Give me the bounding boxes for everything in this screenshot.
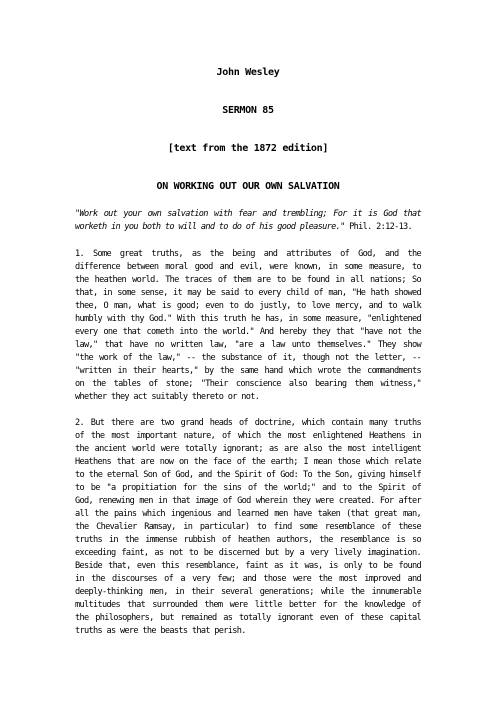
text-line: the ancient world were totally ignorant;… [75, 443, 421, 456]
epigraph-line-2: worketh in you both to will and to do of… [75, 221, 421, 234]
text-line: law," that have no written law, "are a l… [75, 339, 421, 352]
sermon-number-heading: SERMON 85 [75, 104, 421, 117]
text-line: whether they act suitably thereto or not… [75, 391, 421, 404]
text-line: of the most important nature, of which t… [75, 430, 421, 443]
text-line: to the eternal Son of God, and the Spiri… [75, 469, 421, 482]
text-line: deeply-thinking men, in their several ge… [75, 586, 421, 599]
text-line: "the work of the law," -- the substance … [75, 352, 421, 365]
text-line: truths in the immense rubbish of heathen… [75, 534, 421, 547]
text-line: that, in some sense, it may be said to e… [75, 287, 421, 300]
document-page: John Wesley SERMON 85 [text from the 187… [0, 0, 496, 702]
text-line: truths as were the beasts that perish. [75, 625, 421, 638]
text-line: the philosophers, but remained as totall… [75, 612, 421, 625]
scripture-reference: Phil. 2:12-13. [345, 222, 412, 232]
text-line: multitudes that surrounded them were lit… [75, 599, 421, 612]
text-line: Beside that, even this resemblance, fain… [75, 560, 421, 573]
text-line: in the discourses of a very few; and tho… [75, 573, 421, 586]
text-line: the heathen world. The traces of them ar… [75, 274, 421, 287]
text-line: Heathens that are now on the face of the… [75, 456, 421, 469]
text-line: thee, O man, what is good; even to do ju… [75, 300, 421, 313]
text-line: 2. But there are two grand heads of doct… [75, 417, 421, 430]
epigraph-line-1: "Work out your own salvation with fear a… [75, 208, 421, 221]
text-line: the Chevalier Ramsay, in particular) to … [75, 521, 421, 534]
text-line: humbly with thy God." With this truth he… [75, 313, 421, 326]
text-line: all the pains which ingenious and learne… [75, 508, 421, 521]
text-line: exceeding faint, as not to be discerned … [75, 547, 421, 560]
scripture-epigraph: "Work out your own salvation with fear a… [75, 208, 421, 234]
text-line: difference between moral good and evil, … [75, 261, 421, 274]
sermon-paragraph-1: 1. Some great truths, as the being and a… [75, 248, 421, 404]
text-line: every one that cometh into the world." A… [75, 326, 421, 339]
sermon-paragraph-2: 2. But there are two grand heads of doct… [75, 417, 421, 638]
edition-note: [text from the 1872 edition] [75, 142, 421, 155]
sermon-title: ON WORKING OUT OUR OWN SALVATION [75, 180, 421, 193]
text-line: God, renewing men in that image of God w… [75, 495, 421, 508]
text-line: "written in their hearts," by the same h… [75, 365, 421, 378]
author-name: John Wesley [75, 66, 421, 79]
text-line: 1. Some great truths, as the being and a… [75, 248, 421, 261]
epigraph-quote-end: worketh in you both to will and to do of… [75, 222, 345, 232]
text-line: to be "a propitiation for the sins of th… [75, 482, 421, 495]
text-line: on the tables of stone; "Their conscienc… [75, 378, 421, 391]
